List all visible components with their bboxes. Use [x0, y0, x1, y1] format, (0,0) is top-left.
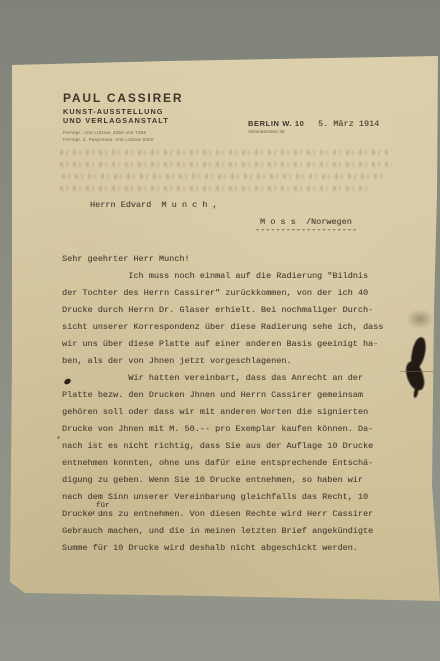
letter-line: der Tochter des Herrn Cassirer" zurückko…	[62, 288, 368, 298]
letter-line: nach ist es nicht richtig, dass Sie aus …	[62, 441, 373, 451]
letter-line: digung zu geben. Wenn Sie 10 Drucke entn…	[62, 475, 363, 485]
letterhead-subtitle-2: UND VERLAGSANSTALT	[63, 116, 169, 125]
red-fleck	[57, 436, 60, 439]
salutation: Sehr geehrter Herr Munch!	[62, 254, 190, 264]
letter-line: sicht unserer Korrespondenz über diese R…	[62, 322, 383, 332]
letter-paper: PAUL CASSIRER KUNST-AUSSTELLUNG UND VERL…	[8, 55, 440, 604]
letter-line: entnehmen konnten, ohne uns dafür eine e…	[62, 458, 373, 468]
letterhead-phone-2: Fernspr. d. Panpresse: Amt Lützow 6350	[63, 137, 154, 142]
recipient-underline: --------------------	[255, 225, 357, 235]
bleed-through-line	[60, 162, 392, 167]
bleed-through-line	[60, 186, 370, 191]
recipient-name: Herrn Edvard M u n c h ,	[90, 200, 218, 210]
letter-line: Platte bezw. den Drucken Jhnen und Herrn…	[62, 390, 363, 400]
letterhead-phone-1: Fernspr.: Amt Lützow, 4050 und 7359	[63, 130, 146, 135]
letterhead-company-name: PAUL CASSIRER	[63, 91, 183, 105]
letter-line: Wir hatten vereinbart, dass das Anrecht …	[62, 373, 363, 383]
letter-line: Summe für 10 Drucke wird deshalb nicht a…	[62, 543, 358, 553]
letter-line: Drucke von Jhnen mit M. 50.-- pro Exempl…	[62, 424, 373, 434]
letterhead-subtitle-1: KUNST-AUSSTELLUNG	[63, 107, 164, 116]
gray-smudge	[406, 309, 434, 329]
letterhead-city: BERLIN W. 10	[248, 119, 304, 128]
letter-date: 5. März 1914	[318, 119, 379, 129]
letter-line: Drucke durch Herrn Dr. Glaser erhielt. B…	[62, 305, 373, 315]
letter-line: Ich muss noch einmal auf die Radierung "…	[62, 271, 368, 281]
letter-line: gehören soll oder dass wir mit anderen W…	[62, 407, 368, 417]
letter-line: nach dem Sinn unserer Vereinbarung gleic…	[62, 492, 368, 502]
letter-line: wir uns über diese Platte auf einer ande…	[62, 339, 378, 349]
bleed-through-line	[62, 174, 384, 179]
letter-line: Gebrauch machen, und die in meinen letzt…	[62, 526, 373, 536]
letter-line: ben, als der von Jhnen jetzt vorgeschlag…	[62, 356, 292, 366]
letterhead-street: Victoriastrasse 35	[248, 129, 284, 134]
scratch-mark	[400, 371, 440, 372]
bleed-through-line	[60, 150, 388, 155]
letter-line: Drucke uns zu entnehmen. Von diesen Rech…	[62, 509, 373, 519]
